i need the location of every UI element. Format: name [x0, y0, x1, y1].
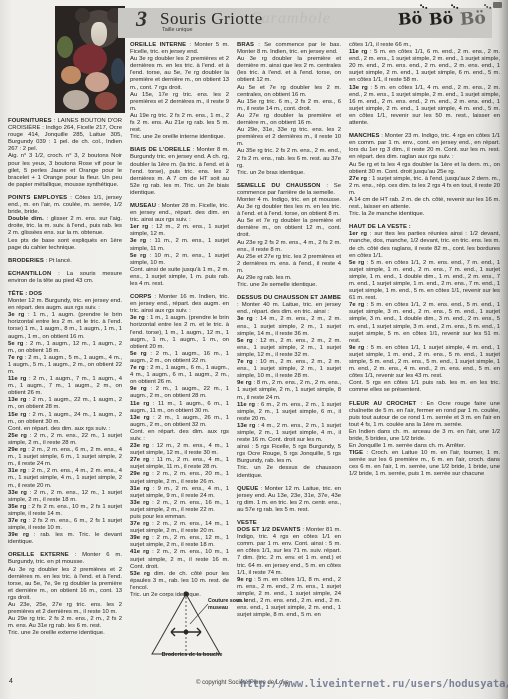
pattern-block: 33e rg : 2 m., 2 m. ens., 16 m., 1 surje…	[130, 500, 229, 514]
text-block: Cont. ainsi de suite jusqu'à 1 m., 2 m. …	[130, 267, 229, 288]
text-block: Au 15e, 17e rg tric. ens. les 2 première…	[130, 92, 229, 113]
pattern-block: 9e rg : 8 m., 2 m. ens., 2 m., 2 m. ens.…	[237, 380, 341, 401]
text-block: Au 29e, 31e, 33e rg tric. ens. les 2 pre…	[237, 127, 341, 148]
pattern-block: 7e rg : 2 m., 1 augm., 6 m., 1 augm., 4 …	[130, 365, 229, 386]
diagram-label-couture: Couture sous le museau	[208, 598, 252, 611]
pattern-block: 1er rg : sur ttes les parties réunies ai…	[349, 231, 500, 259]
mouth-center-dot	[184, 630, 189, 635]
pattern-block: BRAS : Se commence par le bas. Monter 8 …	[237, 42, 341, 56]
pattern-block: 9e rg : 2 m., 1 augm., 22 m., 1 augm., 2…	[130, 386, 229, 400]
photo-blob	[63, 90, 89, 110]
pattern-block: ECHANTILLON : La souris mesure environ d…	[8, 271, 122, 285]
pattern-block: 5e rg : 12 m., 2 m. ens., 2 m., 2 m. ens…	[237, 338, 341, 359]
pattern-block: 11e rg : 2 m., 1 augm., 7 m., 1 augm., 4…	[8, 376, 122, 397]
pattern-block: 5e rg : 10 m., 2 m. ens., 1 surjet simpl…	[130, 253, 229, 267]
text-block: Au 25e et 27e rg tric. les 2 premières e…	[237, 254, 341, 275]
pattern-number: 3	[136, 6, 147, 32]
pattern-block: 15e rg : 2 m., 1 augm., 24 m., 1 augm., …	[8, 412, 122, 426]
text-block: Cont. en répart. des dim. aux rgs suiv. …	[130, 429, 229, 443]
pattern-block: HAUT DE LA VESTE :	[349, 224, 500, 231]
diagram-label-broderies: Broderies de la bouche	[142, 652, 242, 658]
text-block: Aig. n° 3 1/2, croch. n° 3, 2 boutons No…	[8, 153, 122, 188]
text-block: Monter 12 m. Burgundy, tric. en jersey e…	[8, 298, 122, 312]
bouton-dor-logo-icon: Bö	[428, 8, 454, 30]
nose-dot	[183, 591, 188, 596]
pattern-block: MUSEAU : Monter 28 m. Ficelle, tric. en …	[130, 203, 229, 224]
pattern-block: BRODERIES : Pt lancé.	[8, 258, 122, 265]
text-block: Cont. en répart. des dim. aux rgs suiv. …	[8, 426, 122, 433]
pattern-block: TIGE : Croch. en Laitue 10 m. en l'air, …	[349, 450, 500, 478]
bouton-dor-logo-icon: Bö	[397, 8, 423, 30]
pattern-block: MANCHES : Monter 23 m. Indigo, tric. 4 r…	[349, 133, 500, 161]
text-block: ainsi : 5 rgs Ficelle, 5 rgs Burgundy, 5…	[237, 444, 341, 465]
pattern-block: 39e rg : 2 m., 2 m. ens., 12 m., 1 surje…	[130, 535, 229, 549]
pattern-block: 31e rg : 2 m., 2 m. ens., 4 m., 2 m. ens…	[8, 468, 122, 489]
pattern-block: 5e rg : 2 m., 1 augm., 16 m., 1 augm., 2…	[130, 351, 229, 365]
pattern-block: OREILLE INTERNE : Monter 5 m. Ficelle, t…	[130, 42, 229, 56]
pattern-block: QUEUE : Monter 12 m. Laitue, tric. en je…	[237, 486, 341, 514]
photo-knitted-mouse	[55, 6, 125, 113]
pattern-block: 5e rg : 5 m. en côtes 1/1, 2 m. ens. end…	[349, 260, 500, 303]
pattern-block: 7e rg : 10 m., 2 m. ens., 2 m., 2 m. ens…	[237, 359, 341, 380]
pattern-block: 9e rg : 5 m. en côtes 1/1, 8 m. end., 2 …	[237, 577, 341, 620]
pattern-block: TÊTE : DOS	[8, 291, 122, 298]
text-block: Au 3e rg doubler les 2 premières et 2 de…	[130, 56, 229, 91]
pattern-block: Double dim. : glisser 2 m. ens. sur l'ai…	[8, 216, 122, 237]
pattern-block: 5e rg : 2 m., 1 augm., 12 m., 1 augm., 2…	[8, 341, 122, 355]
photo-blob	[91, 22, 107, 46]
text-block: En Indien dans ch. m. arceau de 3 m. en …	[349, 429, 500, 443]
text-block: Au 15e rg tric. 6 m., 2 fs 2 m. ens., 6 …	[237, 99, 341, 113]
text-column-fournitures: FOURNITURES : LAINES BOUTON D'OR CROISIÈ…	[8, 118, 122, 637]
photo-blob	[85, 72, 109, 92]
pattern-block: 25e rg : 2 m., 2 m. ens., 22 m., 1 surje…	[8, 433, 122, 447]
page-title: Souris Griotte	[160, 9, 263, 29]
pattern-block: BIAIS DE L'OREILLE : Monter 8 m. Burgund…	[130, 147, 229, 197]
pattern-block: 7e rg : 2 m., 1 augm., 5 m., 1 augm., 4 …	[8, 355, 122, 376]
text-block: Tric. la 2e manche identique.	[349, 211, 500, 218]
pattern-block: 31e rg : 9 m., 2 m. ens., 4 m., 1 surjet…	[130, 486, 229, 500]
text-block: A 14 cm de HT rab. 2 m. de ch. côté, rev…	[349, 197, 500, 211]
text-block: puis pour les emman.	[130, 514, 229, 521]
text-block: Cont. 5 rgs en côtes 1/1 puis rab. les m…	[349, 380, 500, 394]
pattern-block: DESSUS DU CHAUSSON ET JAMBE : Monter 40 …	[237, 295, 341, 316]
text-block: Au 29e rg tric. 2 fs 2 m. ens., 2 m., 2 …	[8, 616, 122, 630]
pattern-block: 35e rg : 2 fs 2 m. ens., 10 m., 2 fs 1 s…	[8, 504, 122, 518]
text-block: Monter 4 m. Indigo, tric. en pt mousse. …	[237, 197, 341, 218]
label-pointer-line	[190, 604, 208, 624]
pattern-block: SEMELLE DU CHAUSSON : Se commence par l'…	[237, 183, 341, 197]
pattern-block: 9e rg : 5 m. en côtes 1/1, 1 surjet simp…	[349, 345, 500, 380]
photo-blob	[111, 58, 125, 84]
page-edge-shadow	[498, 0, 508, 699]
text-block: Tric. un 2e bras identique.	[237, 170, 341, 177]
brand-logos: Bö Bö Bö	[398, 9, 486, 29]
pattern-block: OREILLE EXTERNE : Monter 6 m. Burgundy, …	[8, 552, 122, 566]
pattern-block: 37e rg : 2 fs 2 m. ens., 6 m., 2 fs 1 su…	[8, 518, 122, 532]
bouton-dor-logo-icon: Bö	[460, 8, 487, 30]
text-block: Au 35e rg tric. 2 fs 2 m. ens., 2 m. end…	[237, 148, 341, 169]
photo-blob	[95, 92, 117, 110]
text-block: Au 5e et 7e rg doubler la première et de…	[237, 218, 341, 239]
pattern-block: DOS ET 1/2 DEVANTS : Monter 81 m. Indigo…	[237, 527, 341, 577]
text-block: Au 5e rg et ts les 4 rgs doubler la 1ère…	[349, 162, 500, 176]
pattern-block: 29e rg : 2 m., 2 m. ens., 6 m., 2 m. ens…	[8, 447, 122, 468]
photo-blob	[57, 36, 73, 58]
pattern-block: 39e rg : rab. les m. Tric. le devant ide…	[8, 532, 122, 546]
text-block: Tric. une 2e oreille interne identique.	[130, 134, 229, 141]
pattern-block: 3e rg : 11 m., 2 m. ens., 1 surjet simpl…	[130, 238, 229, 252]
text-block: Au 27e rg doubler la première et dernièr…	[237, 113, 341, 127]
text-block: Au 5e et 7e rg doubler les 2 m. centrale…	[237, 85, 341, 99]
watermark-url: http://www.liveinternet.ru/users/hodusya…	[240, 678, 508, 690]
magazine-page: 3 Souris Griotte Taille unique Carambole…	[0, 0, 508, 699]
pattern-block: FOURNITURES : LAINES BOUTON D'OR CROISIÈ…	[8, 118, 122, 153]
pattern-block: 13e rg : 2 m., 1 augm., 22 m., 1 augm., …	[8, 397, 122, 411]
text-block: Tric. une 2e oreille externe identique.	[8, 630, 122, 637]
pattern-block: 41e rg : 2 m., 2 m. ens., 10 m., 1 surje…	[130, 549, 229, 570]
text-block: Tric. un 2e dessus de chausson identique…	[237, 465, 341, 479]
text-block: Au 23e rg 2 fs 2 m. ens., 4 m., 2 fs 2 m…	[237, 240, 341, 254]
pattern-block: POINTS EMPLOYES : Côtes 1/1, jersey end.…	[8, 195, 122, 216]
corner-mark	[493, 2, 502, 8]
pattern-block: 13e rg : 2 m., 1 augm., 26 m., 1 augm., …	[130, 415, 229, 429]
text-column-oreilles-corps: OREILLE INTERNE : Monter 5 m. Ficelle, t…	[130, 42, 229, 599]
text-column-bras-veste: BRAS : Se commence par le bas. Monter 8 …	[237, 42, 341, 619]
pattern-block: 11e rg : 11 m., 1 augm., 6 m., 1 augm., …	[130, 401, 229, 415]
text-block: Tric. une 2e semelle identique.	[237, 282, 341, 289]
pattern-block: 37e rg : 2 m., 2 m. ens., 14 m., 1 surje…	[130, 521, 229, 535]
pattern-block: 29e rg : 2 m., 2 m. ens., 20 m., 1 surje…	[130, 471, 229, 485]
pattern-block: VESTE	[237, 520, 341, 527]
pattern-block: 27e rg : 1 surjet simple, tric. à l'end.…	[349, 176, 500, 197]
pattern-block: 33e rg : 2 m., 2 m. ens., 12 m., 1 surje…	[8, 490, 122, 504]
text-column-manches-finitions: côtes 1/1, il reste 66 m.,11e rg : 5 m. …	[349, 42, 500, 479]
photo-blob	[61, 66, 81, 84]
page-subtitle: Taille unique	[162, 27, 193, 33]
text-block: Au 29e rg rab. les m.	[237, 275, 341, 282]
text-block: Les pts de base sont expliqués en 1ère p…	[8, 238, 122, 252]
pattern-block: 11e rg : 5 m. en côtes 1/1, 6 m. end., 2…	[349, 49, 500, 84]
photo-blob	[75, 8, 90, 23]
text-block: Au 3e rg doubler la première et dernière…	[237, 56, 341, 84]
pattern-block: 27e rg : 11 m., 2 m. ens., 4 m., 1 surje…	[130, 457, 229, 471]
pattern-block: 11e rg : 6 m., 2 m. ens., 2 m., 1 surjet…	[237, 402, 341, 423]
text-block: Au 23e, 25e, 27e rg tric. ens. les 2 pre…	[8, 602, 122, 616]
pattern-block: 1er rg : 12 m., 2 m. ens., 1 surjet simp…	[130, 224, 229, 238]
text-block: Au 19e rg tric. 2 fs 2 m. ens., 1 m., 2 …	[130, 113, 229, 134]
pattern-block: 3e rg : 1 m., 1 augm. (prendre le brin h…	[130, 315, 229, 350]
pattern-block: 13e rg : 5 m. en côtes 1/1, 4 m. end., 2…	[349, 85, 500, 128]
page-number: 4	[9, 678, 13, 685]
pattern-block: 3e rg : 14 m., 2 m. ens., 2 m., 2 m. ens…	[237, 316, 341, 337]
text-block: côtes 1/1, il reste 66 m.,	[349, 42, 500, 49]
pattern-block: 23e rg : 12 m., 2 m. ens., 4 m., 1 surje…	[130, 443, 229, 457]
text-block: Au 3e rg doubler les 2 premières et 2 de…	[8, 567, 122, 602]
pattern-block: CORPS : Monter 16 m. Indien, tric. en je…	[130, 294, 229, 315]
pattern-block: 13e rg : 4 m., 2 m. ens., 2 m., 1 surjet…	[237, 423, 341, 444]
pattern-block: 7e rg : 5 m. en côtes 1/1, 2 m. ens. end…	[349, 302, 500, 345]
text-block: En Jonquille 1 m. serrée dans ch. m. Arr…	[349, 443, 500, 450]
pattern-block: 3e rg : 1 m., 1 augm. (prendre le brin h…	[8, 312, 122, 340]
pattern-block: FLEUR AU CROCHET : En Ocre rouge faire u…	[349, 401, 500, 429]
bleed-through-ghost-text: Carambole	[250, 10, 331, 28]
